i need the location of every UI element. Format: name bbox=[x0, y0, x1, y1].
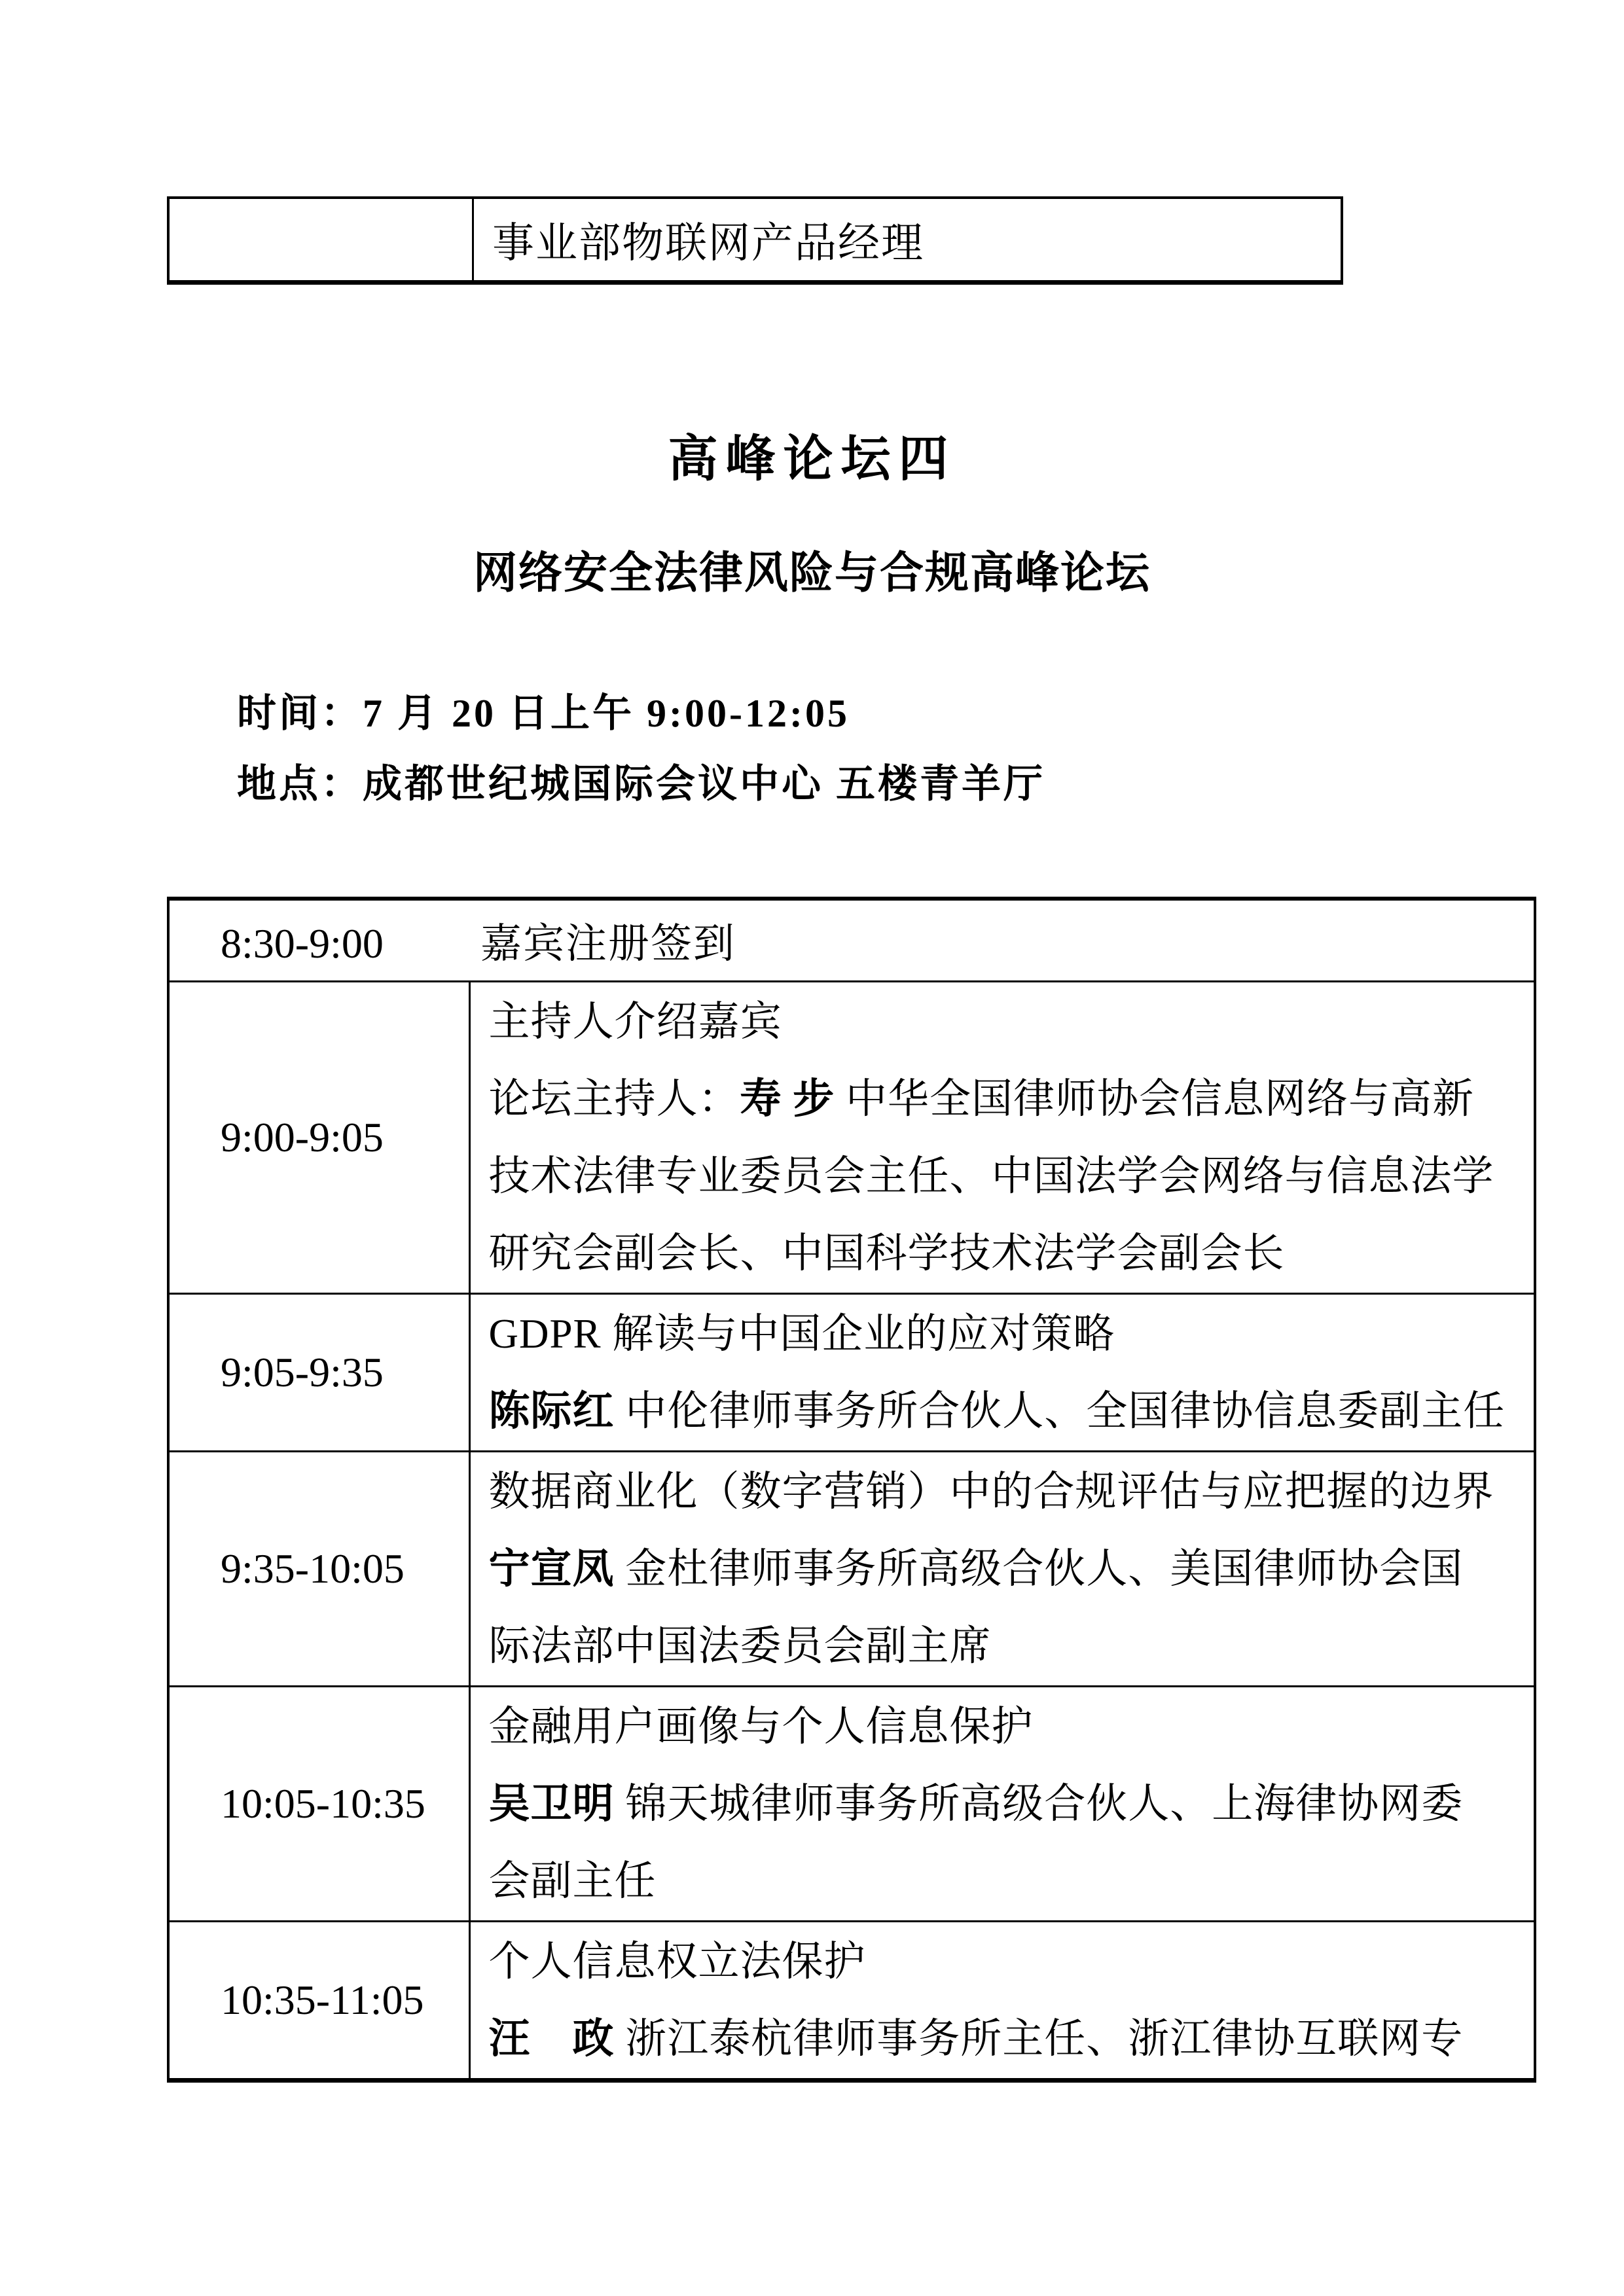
session-line: 个人信息权立法保护 bbox=[489, 1923, 1528, 2000]
speaker-title-cell: 事业部物联网产品经理 bbox=[473, 198, 1343, 283]
document-page: 事业部物联网产品经理 高峰论坛四 网络安全法律风险与合规高峰论坛 时间：7 月 … bbox=[0, 0, 1624, 2296]
session-line: 研究会副会长、中国科学技术法学会副会长 bbox=[489, 1215, 1528, 1292]
session-cell: 数据商业化（数字营销）中的合规评估与应把握的边界宁宣凤 金杜律师事务所高级合伙人… bbox=[469, 1451, 1535, 1686]
session-text: 研究会副会长、中国科学技术法学会副会长 bbox=[489, 1230, 1285, 1276]
registration-row-cell: 8:30-9:00嘉宾注册签到 bbox=[168, 899, 1535, 981]
table-row: 9:00-9:05 主持人介绍嘉宾论坛主持人：寿 步 中华全国律师协会信息网络与… bbox=[168, 981, 1535, 1293]
speaker-affiliation: 中华全国律师协会信息网络与高新 bbox=[835, 1076, 1474, 1122]
time-slot: 9:00-9:05 bbox=[168, 981, 469, 1293]
session-line: 论坛主持人：寿 步 中华全国律师协会信息网络与高新 bbox=[489, 1060, 1528, 1138]
time-slot: 10:35-11:05 bbox=[168, 1921, 469, 2080]
speaker-name: 宁宣凤 bbox=[489, 1546, 615, 1592]
meta-time-line: 时间：7 月 20 日上午 9:00-12:05 bbox=[237, 678, 1045, 749]
previous-section-table: 事业部物联网产品经理 bbox=[167, 196, 1343, 285]
time-slot: 9:35-10:05 bbox=[168, 1451, 469, 1686]
speaker-affiliation: 锦天城律师事务所高级合伙人、上海律协网委 bbox=[615, 1781, 1464, 1827]
session-title: 个人信息权立法保护 bbox=[489, 1939, 866, 1984]
meta-block: 时间：7 月 20 日上午 9:00-12:05地点：成都世纪城国际会议中心 五… bbox=[237, 678, 1045, 819]
session-text: 论坛主持人： bbox=[489, 1076, 740, 1122]
meta-venue-line: 地点：成都世纪城国际会议中心 五楼青羊厅 bbox=[237, 749, 1045, 819]
speaker-affiliation: 中伦律师事务所合伙人、全国律协信息委副主任 bbox=[615, 1388, 1506, 1434]
session-text: 技术法律专业委员会主任、中国法学会网络与信息法学 bbox=[489, 1153, 1494, 1199]
session-cell: 金融用户画像与个人信息保护吴卫明 锦天城律师事务所高级合伙人、上海律协网委会副主… bbox=[469, 1686, 1535, 1921]
forum-subtitle: 网络安全法律风险与合规高峰论坛 bbox=[0, 538, 1624, 601]
session-cell: GDPR 解读与中国企业的应对策略陈际红 中伦律师事务所合伙人、全国律协信息委副… bbox=[469, 1293, 1535, 1451]
session-line: 技术法律专业委员会主任、中国法学会网络与信息法学 bbox=[489, 1138, 1528, 1215]
session-title: 金融用户画像与个人信息保护 bbox=[489, 1704, 1034, 1749]
table-row: 9:05-9:35 GDPR 解读与中国企业的应对策略陈际红 中伦律师事务所合伙… bbox=[168, 1293, 1535, 1451]
session-title: 数据商业化（数字营销）中的合规评估与应把握的边界 bbox=[489, 1469, 1494, 1515]
session-line: 宁宣凤 金杜律师事务所高级合伙人、美国律师协会国 bbox=[489, 1530, 1528, 1607]
time-slot: 8:30-9:00 bbox=[221, 920, 384, 967]
table-row: 8:30-9:00嘉宾注册签到 bbox=[168, 899, 1535, 981]
session-line: 汪 政 浙江泰杭律师事务所主任、浙江律协互联网专 bbox=[489, 2000, 1528, 2077]
session-line: 陈际红 中伦律师事务所合伙人、全国律协信息委副主任 bbox=[489, 1372, 1528, 1450]
session-cell: 个人信息权立法保护汪 政 浙江泰杭律师事务所主任、浙江律协互联网专 bbox=[469, 1921, 1535, 2080]
session-cell: 主持人介绍嘉宾论坛主持人：寿 步 中华全国律师协会信息网络与高新技术法律专业委员… bbox=[469, 981, 1535, 1293]
session-line: 吴卫明 锦天城律师事务所高级合伙人、上海律协网委 bbox=[489, 1765, 1528, 1842]
session-line: 际法部中国法委员会副主席 bbox=[489, 1607, 1528, 1685]
speaker-name: 吴卫明 bbox=[489, 1781, 615, 1827]
session-title: GDPR 解读与中国企业的应对策略 bbox=[489, 1311, 1115, 1357]
table-row: 事业部物联网产品经理 bbox=[168, 198, 1342, 283]
table-row: 9:35-10:05 数据商业化（数字营销）中的合规评估与应把握的边界宁宣凤 金… bbox=[168, 1451, 1535, 1686]
speaker-title-text: 事业部物联网产品经理 bbox=[492, 220, 924, 266]
table-row: 10:35-11:05 个人信息权立法保护汪 政 浙江泰杭律师事务所主任、浙江律… bbox=[168, 1921, 1535, 2080]
schedule-table: 8:30-9:00嘉宾注册签到 9:00-9:05 主持人介绍嘉宾论坛主持人：寿… bbox=[167, 897, 1536, 2083]
speaker-name: 寿 步 bbox=[740, 1076, 835, 1122]
speaker-name: 陈际红 bbox=[489, 1388, 615, 1434]
empty-time-cell bbox=[168, 198, 473, 283]
session-line: GDPR 解读与中国企业的应对策略 bbox=[489, 1295, 1528, 1372]
page-title: 高峰论坛四 bbox=[0, 419, 1624, 490]
session-text: 主持人介绍嘉宾 bbox=[489, 999, 782, 1045]
speaker-name: 汪 政 bbox=[489, 2016, 615, 2062]
session-line: 会副主任 bbox=[489, 1842, 1528, 1920]
table-row: 10:05-10:35 金融用户画像与个人信息保护吴卫明 锦天城律师事务所高级合… bbox=[168, 1686, 1535, 1921]
speaker-affiliation: 会副主任 bbox=[489, 1858, 657, 1904]
speaker-affiliation: 浙江泰杭律师事务所主任、浙江律协互联网专 bbox=[615, 2016, 1464, 2062]
session-line: 数据商业化（数字营销）中的合规评估与应把握的边界 bbox=[489, 1453, 1528, 1530]
speaker-affiliation: 金杜律师事务所高级合伙人、美国律师协会国 bbox=[615, 1546, 1464, 1592]
session-line: 主持人介绍嘉宾 bbox=[489, 983, 1528, 1060]
time-slot: 9:05-9:35 bbox=[168, 1293, 469, 1451]
session-title: 嘉宾注册签到 bbox=[480, 921, 736, 967]
speaker-affiliation: 际法部中国法委员会副主席 bbox=[489, 1623, 992, 1669]
time-slot: 10:05-10:35 bbox=[168, 1686, 469, 1921]
session-line: 金融用户画像与个人信息保护 bbox=[489, 1688, 1528, 1765]
